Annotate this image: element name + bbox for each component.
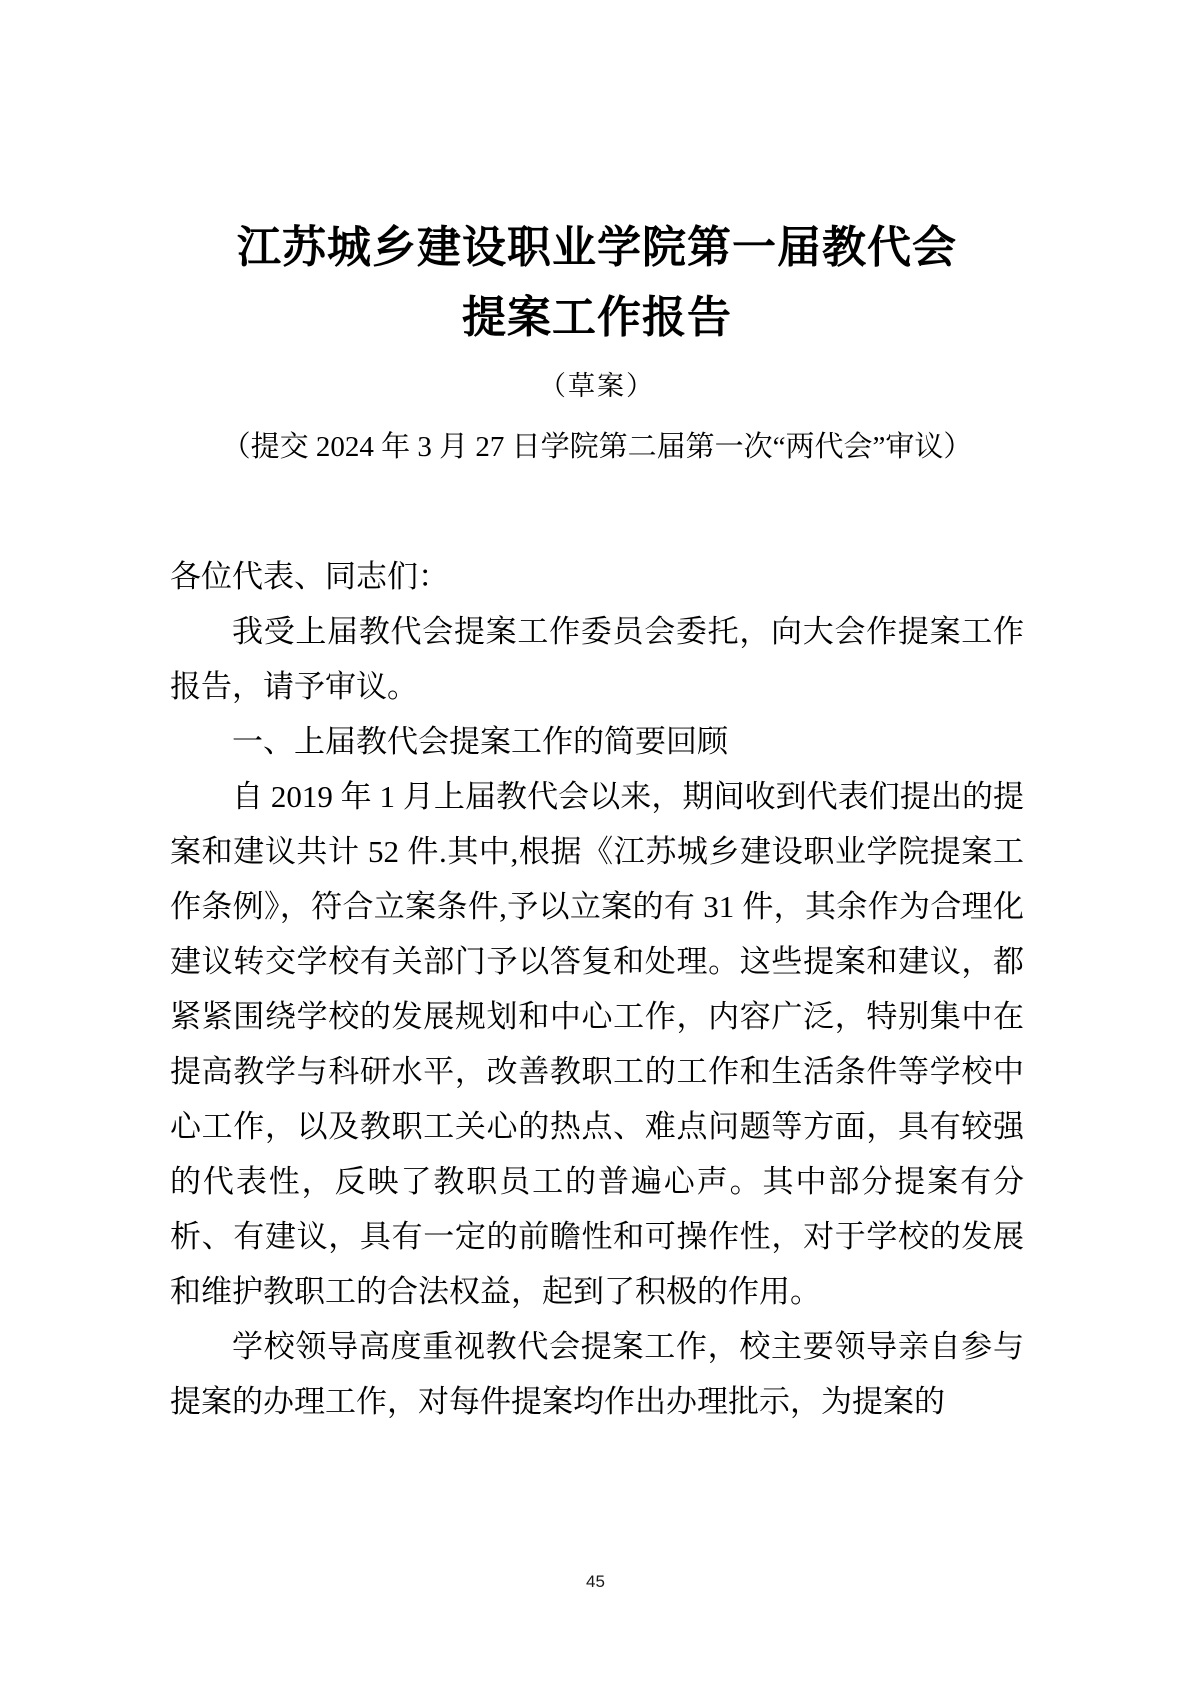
salutation-line: 各位代表、同志们： [170, 549, 1024, 604]
document-page: 江苏城乡建设职业学院第一届教代会 提案工作报告 （草案） （提交 2024 年 … [0, 0, 1191, 1684]
section-heading-1: 一、上届教代会提案工作的简要回顾 [170, 714, 1024, 769]
document-content: 江苏城乡建设职业学院第一届教代会 提案工作报告 （草案） （提交 2024 年 … [170, 213, 1024, 1429]
paragraph-review: 自 2019 年 1 月上届教代会以来，期间收到代表们提出的提案和建议共计 52… [170, 769, 1024, 1319]
document-title: 江苏城乡建设职业学院第一届教代会 提案工作报告 [170, 213, 1024, 353]
draft-label: （草案） [170, 369, 1024, 403]
submission-note: （提交 2024 年 3 月 27 日学院第二届第一次“两代会”审议） [170, 429, 1024, 465]
paragraph-intro: 我受上届教代会提案工作委员会委托，向大会作提案工作报告，请予审议。 [170, 604, 1024, 714]
title-line-1: 江苏城乡建设职业学院第一届教代会 [170, 213, 1024, 283]
page-number: 45 [0, 1572, 1191, 1592]
title-line-2: 提案工作报告 [170, 283, 1024, 353]
paragraph-leadership: 学校领导高度重视教代会提案工作，校主要领导亲自参与提案的办理工作，对每件提案均作… [170, 1319, 1024, 1429]
